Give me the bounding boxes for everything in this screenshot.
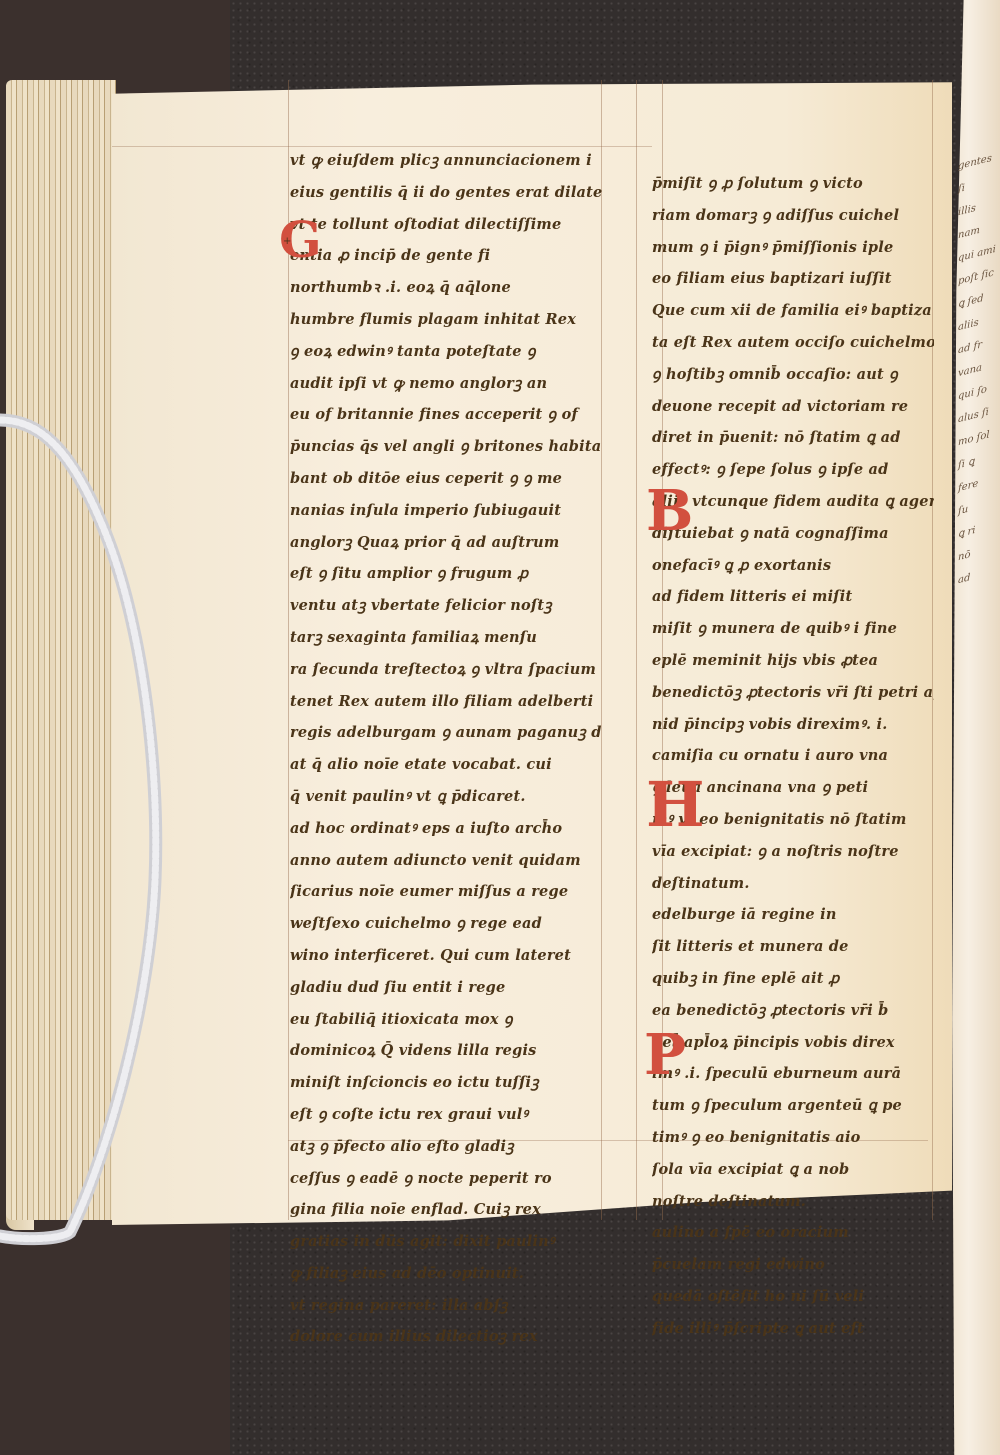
- text-line: alijs vtcunque fidem audita ꝗ ageret: [652, 486, 934, 518]
- page-stack: [6, 80, 116, 1220]
- text-line: ventu atꝫ vbertate felicior noſtꝫ: [290, 590, 602, 622]
- text-line: tenet Rex autem illo filiam adelberti: [290, 686, 602, 718]
- text-line: quedā oſtēſit ho ni ſū veli: [652, 1281, 934, 1313]
- text-line: p̄uncias q̄s vel angli ꝯ britones habita: [290, 431, 602, 463]
- text-line: eſt ꝯ ſitu amplior ꝯ frugum ꝓ: [290, 558, 602, 590]
- text-line: p̄cuelam regi edwino: [652, 1249, 934, 1281]
- text-line: ad hoc ordinatꝰ eps a iuſto arch̄o: [290, 813, 602, 845]
- text-line: ceſſus ꝯ eadē ꝯ nocte peperit ro: [290, 1163, 602, 1195]
- text-line: tarꝫ sexaginta familiaꝝ menſu: [290, 622, 602, 654]
- text-line: benedictōꝫ ꝓtectoris vr̄i ſti petri aplē: [652, 677, 934, 709]
- text-line: entia ꝓ incip̄ de gente fi: [290, 240, 602, 272]
- text-line: Que cum xii de familia eiꝰ baptiza: [652, 295, 934, 327]
- right-text-column: p̄miſit ꝯ ꝓ ſolutum ꝯ victoriam domarꝫ ꝯ…: [652, 168, 934, 1344]
- facing-page-text: gentes ſiillis namqui amipoſt ſicꝗ ſedal…: [958, 145, 1000, 592]
- text-line: tum ꝯ ſpeculum argenteū ꝗ pe: [652, 1090, 934, 1122]
- text-line: aulino a ſpē eo oracium: [652, 1217, 934, 1249]
- text-line: gratias in dūs agit: dixit paulinꝰ: [290, 1226, 602, 1258]
- text-line: eplē meminit hijs vbis ꝓtea: [652, 645, 934, 677]
- text-line: ꝯ eoꝝ edwinꝰ tanta poteſtate ꝯ: [290, 336, 602, 368]
- text-line: onefacīꝰ ꝗ ꝓ exortanis: [652, 550, 934, 582]
- text-line: bant ob ditōe eius ceperit ꝯ ꝯ me: [290, 463, 602, 495]
- text-line: noſtre deſtinatum.: [652, 1186, 934, 1218]
- text-line: eu of britannie fines acceperit ꝯ of: [290, 399, 602, 431]
- text-line: eo filiam eius baptizari iuſſit: [652, 263, 934, 295]
- rubric-initial-p: P: [644, 1022, 686, 1088]
- text-line: miſit ꝯ munera de quibꝰ i fine: [652, 613, 934, 645]
- text-line: audit ipſi vt ꝙ nemo anglorꝫ an: [290, 368, 602, 400]
- rubric-initial-h: H: [646, 768, 705, 841]
- text-line: northumbꝛ .i. eoꝝ q̄ aq̄lone: [290, 272, 602, 304]
- text-line: nanias inſula imperio ſubiugauit: [290, 495, 602, 527]
- text-line: atꝫ ꝯ p̄fecto alio eſto gladiꝫ: [290, 1131, 602, 1163]
- text-line: ſit litteris et munera de: [652, 931, 934, 963]
- text-line: diret in p̄uenit: nō ſtatim ꝗ ad: [652, 422, 934, 454]
- text-line: riam domarꝫ ꝯ adiſſus cuichel: [652, 200, 934, 232]
- text-line: ſicarius noīe eumer miſſus a rege: [290, 876, 602, 908]
- text-line: ea benedictōꝫ ꝓtectoris vr̄i b̄: [652, 995, 934, 1027]
- left-text-column: vt ꝙ eiuſdem plicꝫ annunciacionem ieius …: [290, 145, 602, 1353]
- text-line: anglorꝫ Quaꝝ prior q̄ ad auſtrum: [290, 527, 602, 559]
- text-line: edelburge iā regine in: [652, 899, 934, 931]
- text-line: fide illiꝰ p̄ſcripte ꝗ aut eſt: [652, 1313, 934, 1345]
- text-line: wino interficeret. Qui cum lateret: [290, 940, 602, 972]
- text-line: nid p̄incipꝫ vobis direximꝰ. i.: [652, 709, 934, 741]
- text-line: mum ꝯ i p̄ignꝰ p̄miſſionis iple: [652, 232, 934, 264]
- text-line: imꝰ .i. ſpeculū eburneum aurā: [652, 1058, 934, 1090]
- text-line: gladiu dud ſiu entit i rege: [290, 972, 602, 1004]
- text-line: vt regina pareret: illa abſꝫ: [290, 1290, 602, 1322]
- text-line: gina filia noīe enflad. Cuiꝫ rex: [290, 1194, 602, 1226]
- ruling-line: [636, 80, 637, 1220]
- text-line: ta eſt Rex autem occiſo cuichelmo: [652, 327, 934, 359]
- text-line: q̄ venit paulinꝰ vt ꝗ p̄dicaret.: [290, 781, 602, 813]
- text-line: eu ſtabiliq̄ itioxicata mox ꝯ: [290, 1004, 602, 1036]
- text-line: timꝰ ꝯ eo benignitatis aio: [652, 1122, 934, 1154]
- text-line: ſola vīa excipiat ꝗ a nob: [652, 1154, 934, 1186]
- marginal-mark: +: [283, 236, 291, 247]
- text-line: eſt ꝯ coſte ictu rex graui vulꝰ: [290, 1099, 602, 1131]
- text-line: ra ſecunda treſtectoꝝ ꝯ vltra ſpacium: [290, 654, 602, 686]
- text-line: diſtuiebat ꝯ natā cognaſſima: [652, 518, 934, 550]
- text-line: deſtinatum.: [652, 868, 934, 900]
- text-line: quibꝫ in fine eplē ait ꝓ: [652, 963, 934, 995]
- text-line: regis adelburgam ꝯ aunam paganuꝫ dux: [290, 717, 602, 749]
- text-line: p̄miſit ꝯ ꝓ ſolutum ꝯ victo: [652, 168, 934, 200]
- text-line: vt ꝙ eiuſdem plicꝫ annunciacionem i: [290, 145, 602, 177]
- text-line: humbre flumis plagam inhitat Rex: [290, 304, 602, 336]
- text-line: effectꝰ: ꝯ ſepe ſolus ꝯ ipſe ad: [652, 454, 934, 486]
- text-line: weſtſexo cuichelmo ꝯ rege ead: [290, 908, 602, 940]
- text-line: dominicoꝝ Q̄ videns lilla regis: [290, 1035, 602, 1067]
- text-line: at q̄ alio noīe etate vocabat. cui: [290, 749, 602, 781]
- text-line: ꝯ hoſtibꝫ omnib̄ occaſio: aut ꝯ: [652, 359, 934, 391]
- text-line: pet̄ apl̄oꝝ p̄incipis vobis direx: [652, 1027, 934, 1059]
- text-line: dolore cum illius dilectioꝫ rex: [290, 1321, 602, 1353]
- text-line: miniſt inſcioncis eo ictu tuſſiꝫ: [290, 1067, 602, 1099]
- rubric-initial-b: B: [646, 478, 693, 544]
- text-line: eius gentilis q̄ ii do gentes erat dilat…: [290, 177, 602, 209]
- text-line: ꝙ filiaꝫ eius ad dēo optinuit.: [290, 1258, 602, 1290]
- text-line: ad fidem litteris ei miſit: [652, 581, 934, 613]
- text-line: deuone recepit ad victoriam re: [652, 391, 934, 423]
- text-line: vt te tollunt oſtodiat dilectiſſime: [290, 209, 602, 241]
- text-line: anno autem adiuncto venit quidam: [290, 845, 602, 877]
